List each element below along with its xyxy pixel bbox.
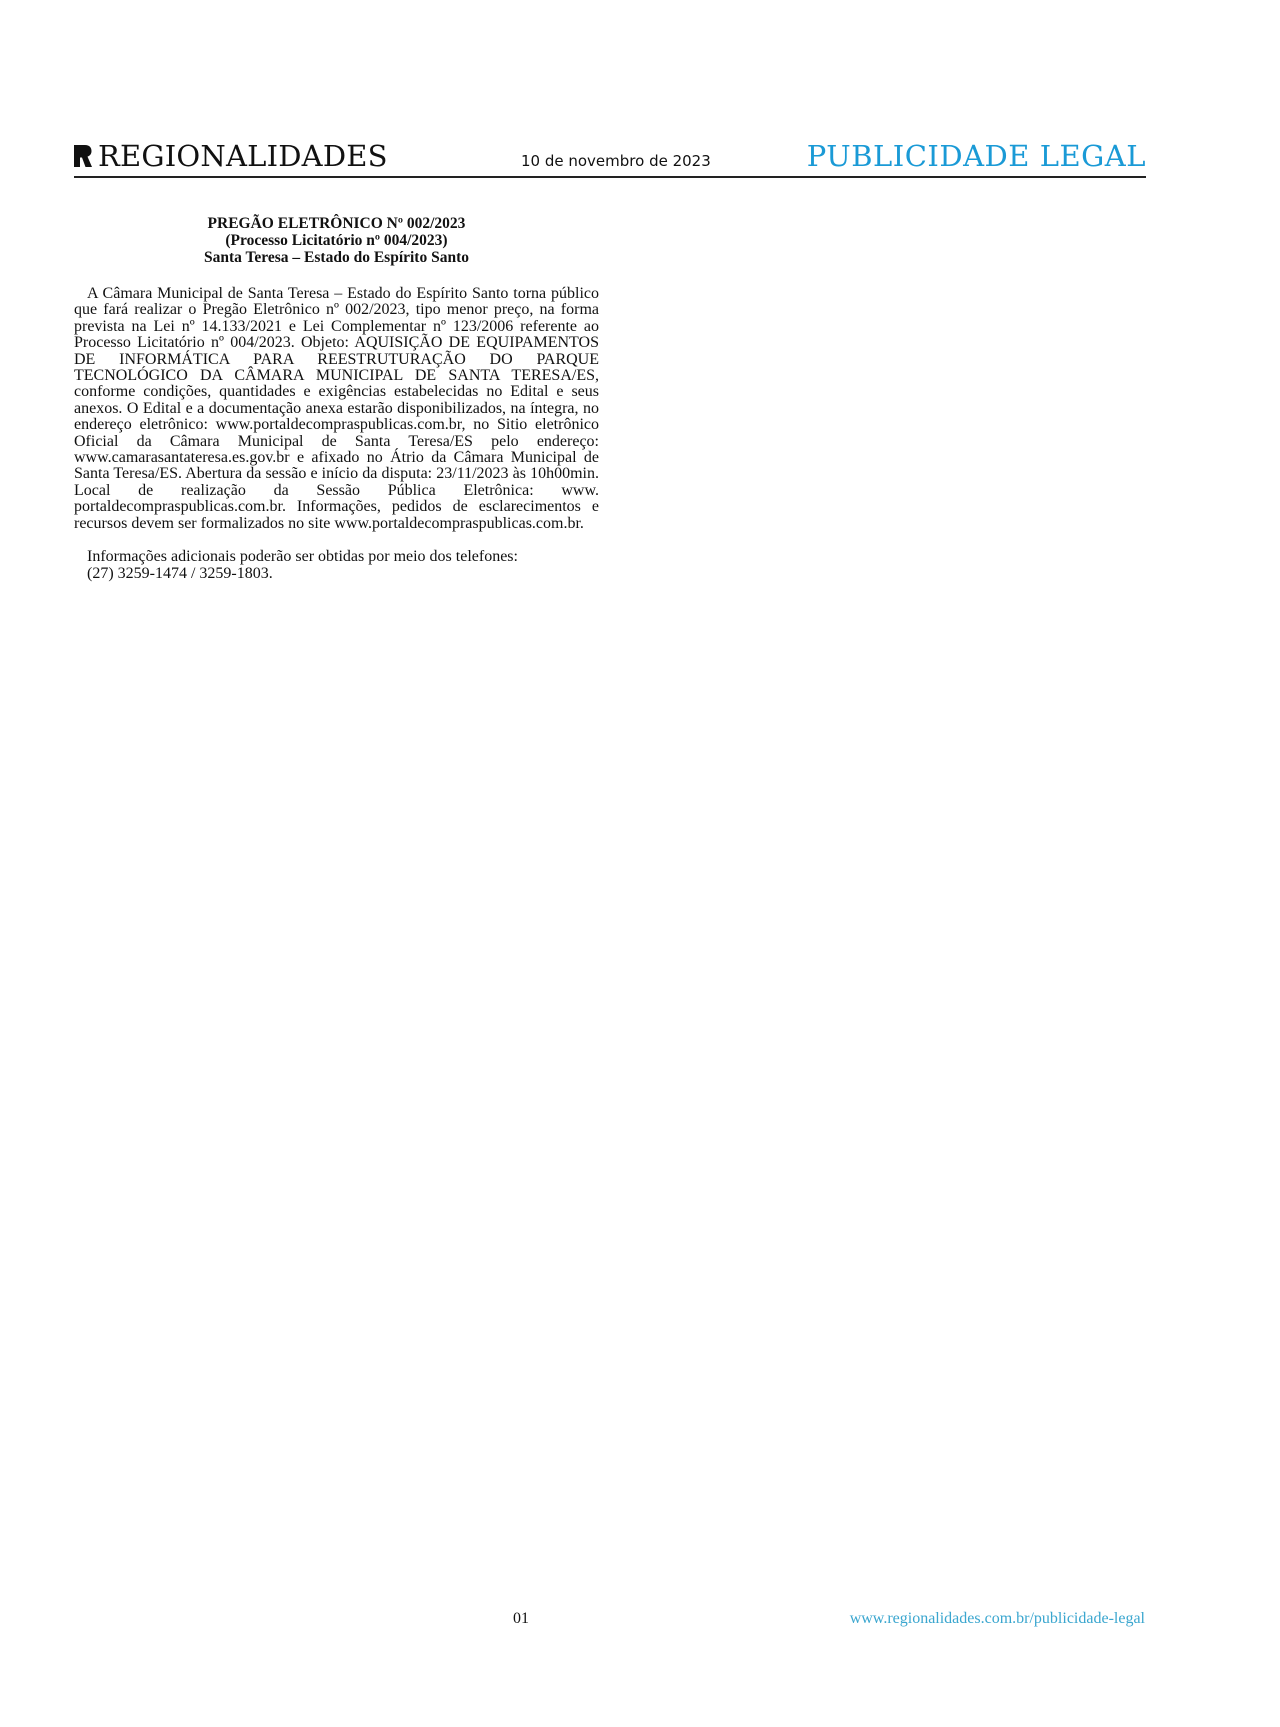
notice-title-line: Santa Teresa – Estado do Espírito Santo xyxy=(74,249,599,266)
r-logo-icon xyxy=(74,145,92,167)
page-header: REGIONALIDADES 10 de novembro de 2023 PU… xyxy=(74,138,1146,178)
publication-date: 10 de novembro de 2023 xyxy=(521,152,711,170)
notice-title-line: PREGÃO ELETRÔNICO Nº 002/2023 xyxy=(74,215,599,232)
contact-info-text: Informações adicionais poderão ser obtid… xyxy=(87,548,518,565)
brand: REGIONALIDADES xyxy=(74,140,388,172)
footer-url-link[interactable]: www.regionalidades.com.br/publicidade-le… xyxy=(850,1610,1145,1628)
notice-contact-info: Informações adicionais poderão ser obtid… xyxy=(74,549,599,582)
page-number: 01 xyxy=(513,1610,529,1628)
brand-name: REGIONALIDADES xyxy=(98,140,388,172)
legal-notice: PREGÃO ELETRÔNICO Nº 002/2023 (Processo … xyxy=(74,215,599,582)
notice-title-line: (Processo Licitatório nº 004/2023) xyxy=(74,232,599,249)
contact-phones: (27) 3259-1474 / 3259-1803. xyxy=(87,565,273,582)
section-title: PUBLICIDADE LEGAL xyxy=(807,140,1146,172)
notice-body: A Câmara Municipal de Santa Teresa – Est… xyxy=(74,286,599,532)
notice-title: PREGÃO ELETRÔNICO Nº 002/2023 (Processo … xyxy=(74,215,599,266)
